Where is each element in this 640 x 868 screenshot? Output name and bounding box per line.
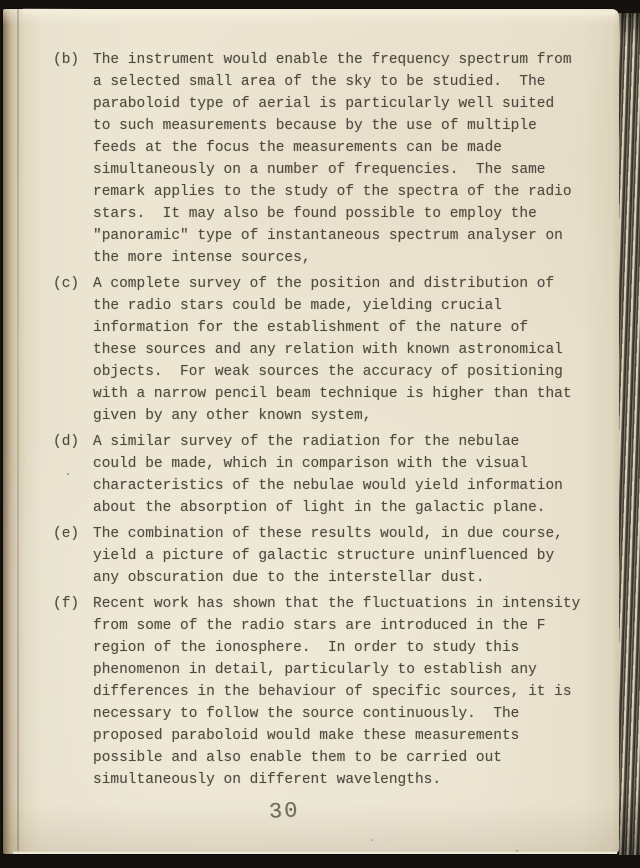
paragraph-label: (b) xyxy=(53,49,93,269)
paragraph-text: The combination of these results would, … xyxy=(93,523,563,589)
paragraph-label: (f) xyxy=(53,593,93,791)
page-edge-stack xyxy=(619,13,640,855)
gutter-seam xyxy=(17,9,19,854)
paragraph-label: (d) xyxy=(53,431,93,519)
book-page: (b) The instrument would enable the freq… xyxy=(3,9,619,854)
paragraph-b: (b) The instrument would enable the freq… xyxy=(53,49,593,269)
page-number: 30 xyxy=(268,798,300,825)
paragraph-text: A complete survey of the position and di… xyxy=(93,273,572,427)
page-top-edge xyxy=(23,9,615,19)
paragraph-label: (c) xyxy=(53,273,93,427)
paper-speck xyxy=(516,850,518,852)
paragraph-d: (d) A similar survey of the radiation fo… xyxy=(53,431,593,519)
page-bottom-edge xyxy=(13,850,617,854)
paper-speck xyxy=(371,839,373,841)
paragraph-label: (e) xyxy=(53,523,93,589)
paragraph-text: The instrument would enable the frequenc… xyxy=(93,49,572,269)
paper-speck xyxy=(67,473,69,475)
paragraph-e: (e) The combination of these results wou… xyxy=(53,523,593,589)
text-block: (b) The instrument would enable the freq… xyxy=(53,49,593,795)
paragraph-f: (f) Recent work has shown that the fluct… xyxy=(53,593,593,791)
paragraph-text: A similar survey of the radiation for th… xyxy=(93,431,563,519)
paragraph-c: (c) A complete survey of the position an… xyxy=(53,273,593,427)
paragraph-text: Recent work has shown that the fluctuati… xyxy=(93,593,580,791)
